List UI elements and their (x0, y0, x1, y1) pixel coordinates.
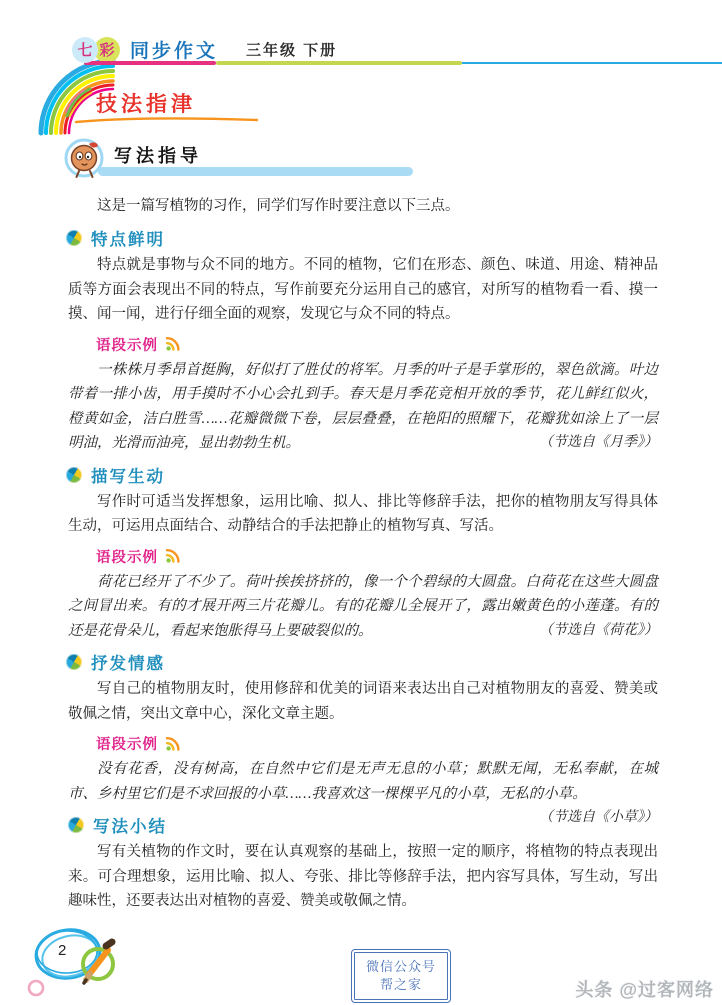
section-heading: 特点鲜明 (91, 226, 165, 250)
pinwheel-bullet-icon (66, 467, 82, 483)
textbook-page: 七 彩 同步作文 三年级 下册 技法指津 (0, 0, 722, 1005)
page-title: 技法指津 (96, 88, 196, 118)
section-body: 写自己的植物朋友时，使用修辞和优美的词语来表达出自己对植物朋友的喜爱、赞美或敬佩… (68, 677, 658, 726)
example-text: 没有花香，没有树高，在自然中它们是无声无息的小草；默默无闻，无私奉献，在城市、乡… (68, 761, 658, 802)
section-body: 写有关植物的作文时，要在认真观察的基础上，按照一定的顺序，将植物的特点表现出来。… (68, 840, 658, 914)
header-rule-green (216, 61, 462, 65)
pinwheel-bullet-icon (66, 654, 82, 670)
example-source: （节选自《小草》） (510, 806, 658, 831)
header: 七 彩 同步作文 三年级 下册 (72, 36, 337, 63)
wechat-line2: 帮之家 (380, 976, 422, 994)
badge-char: 彩 (99, 39, 114, 60)
feed-icon (165, 336, 182, 352)
guide-underline-pill (98, 167, 413, 176)
guide-header: 写法指导 (68, 134, 658, 186)
example-label-row: 语段示例 (96, 733, 658, 754)
header-rule-cyan (462, 62, 722, 64)
section-feature: 特点鲜明 特点就是事物与众不同的地方。不同的植物，它们在形态、颜色、味道、用途、… (68, 226, 658, 456)
section-vivid: 描写生动 写作时可适当发挥想象，运用比喻、拟人、排比等修辞手法，把你的植物朋友写… (68, 463, 658, 644)
example-label: 语段示例 (96, 733, 158, 754)
example-paragraph: 没有花香，没有树高，在自然中它们是无声无息的小草；默默无闻，无私奉献，在城市、乡… (68, 757, 658, 806)
feed-icon (165, 736, 182, 752)
section-emotion: 抒发情感 写自己的植物朋友时，使用修辞和优美的词语来表达出自己对植物朋友的喜爱、… (68, 650, 658, 806)
example-paragraph: 荷花已经开了不少了。荷叶挨挨挤挤的，像一个个碧绿的大圆盘。白荷花在这些大圆盘之间… (68, 570, 658, 644)
example-source: （节选自《月季》） (510, 431, 658, 456)
example-label-row: 语段示例 (96, 334, 658, 355)
example-source: （节选自《荷花》） (510, 619, 658, 644)
wechat-line1: 微信公众号 (366, 958, 436, 976)
section-heading: 描写生动 (91, 463, 165, 487)
series-title: 同步作文 (130, 36, 218, 63)
wechat-account-box: 微信公众号 帮之家 (354, 952, 448, 1000)
pinwheel-bullet-icon (68, 817, 84, 833)
section-body: 写作时可适当发挥想象，运用比喻、拟人、排比等修辞手法，把你的植物朋友写得具体生动… (68, 490, 658, 539)
header-rule-magenta (84, 61, 216, 65)
series-badge-qi: 七 (72, 37, 98, 63)
guide-title: 写法指导 (114, 142, 202, 168)
feed-icon (165, 548, 182, 564)
example-label: 语段示例 (96, 334, 158, 355)
pinwheel-bullet-icon (66, 230, 82, 246)
section-heading-row: 抒发情感 (66, 650, 658, 674)
cartoon-face-icon (62, 134, 110, 184)
section-heading: 写法小结 (93, 813, 167, 837)
page-number-decoration (26, 922, 136, 1002)
grade-label: 三年级 下册 (246, 39, 337, 60)
section-body: 特点就是事物与众不同的地方。不同的植物，它们在形态、颜色、味道、用途、精神品质等… (68, 253, 658, 327)
badge-char: 七 (77, 39, 92, 60)
chapter-title-row: 技法指津 (68, 88, 658, 128)
section-heading: 抒发情感 (91, 650, 165, 674)
watermark-text: 头条 @过客网络 (575, 976, 714, 1002)
page-content: 技法指津 写法指导 这是一篇写植物的习作，同学们写作时要注意以下三点。 (68, 88, 658, 914)
section-heading-row: 写法小结 (68, 813, 510, 837)
title-underline-decoration (74, 116, 259, 124)
example-label-row: 语段示例 (96, 546, 658, 567)
intro-paragraph: 这是一篇写植物的习作，同学们写作时要注意以下三点。 (68, 194, 658, 219)
section-heading-row: 特点鲜明 (66, 226, 658, 250)
quill-leaf-icon (64, 86, 94, 118)
section-heading-row: 描写生动 (66, 463, 658, 487)
example-label: 语段示例 (96, 546, 158, 567)
example-paragraph: 一株株月季昂首挺胸，好似打了胜仗的将军。月季的叶子是手掌形的，翠色欲滴。叶边带着… (68, 358, 658, 456)
page-number: 2 (58, 942, 66, 959)
